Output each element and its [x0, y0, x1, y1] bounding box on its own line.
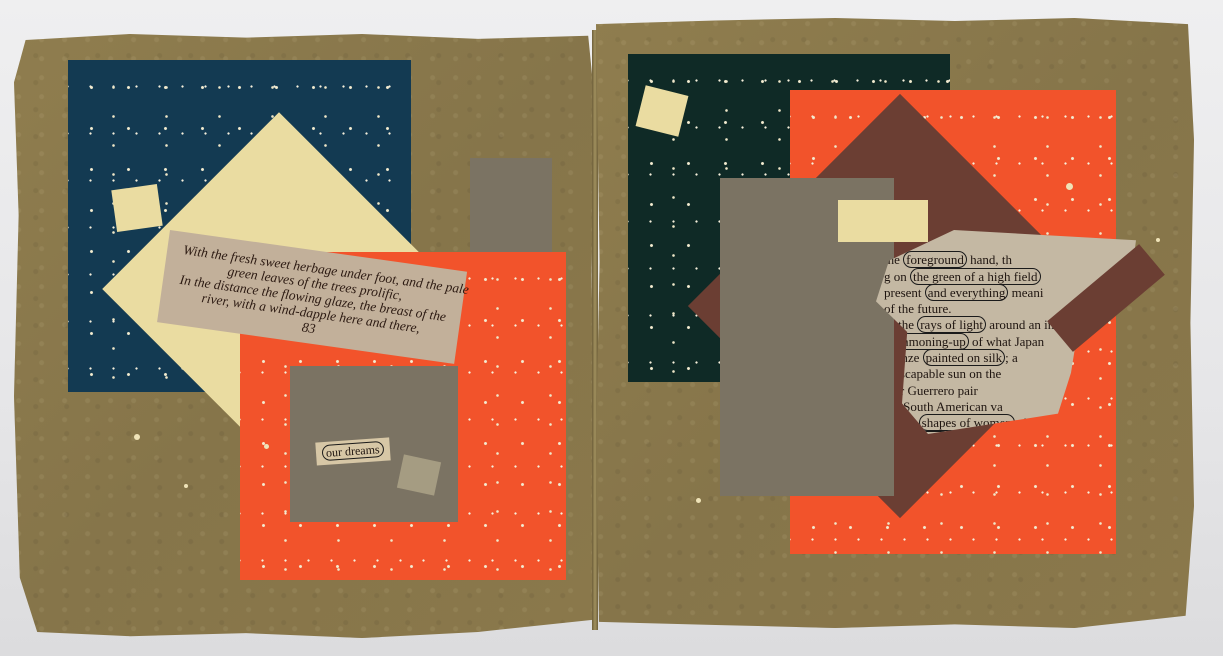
our-dreams-text: our dreams [321, 441, 384, 461]
cream-small-square [111, 184, 162, 232]
paint-splatter [134, 434, 140, 440]
paint-splatter [184, 484, 188, 488]
scrap-line: the foreground hand, th [884, 252, 1128, 268]
right-page: gra the foreground hand, th g on the gre… [596, 18, 1194, 628]
paint-splatter [1066, 183, 1073, 190]
left-page: our dreams With the fresh sweet herbage … [14, 34, 594, 638]
paint-splatter [264, 444, 269, 449]
cream-small-rectangle [838, 200, 928, 242]
paint-splatter [1156, 238, 1160, 242]
book-spine [592, 30, 598, 630]
paint-splatter [696, 498, 701, 503]
